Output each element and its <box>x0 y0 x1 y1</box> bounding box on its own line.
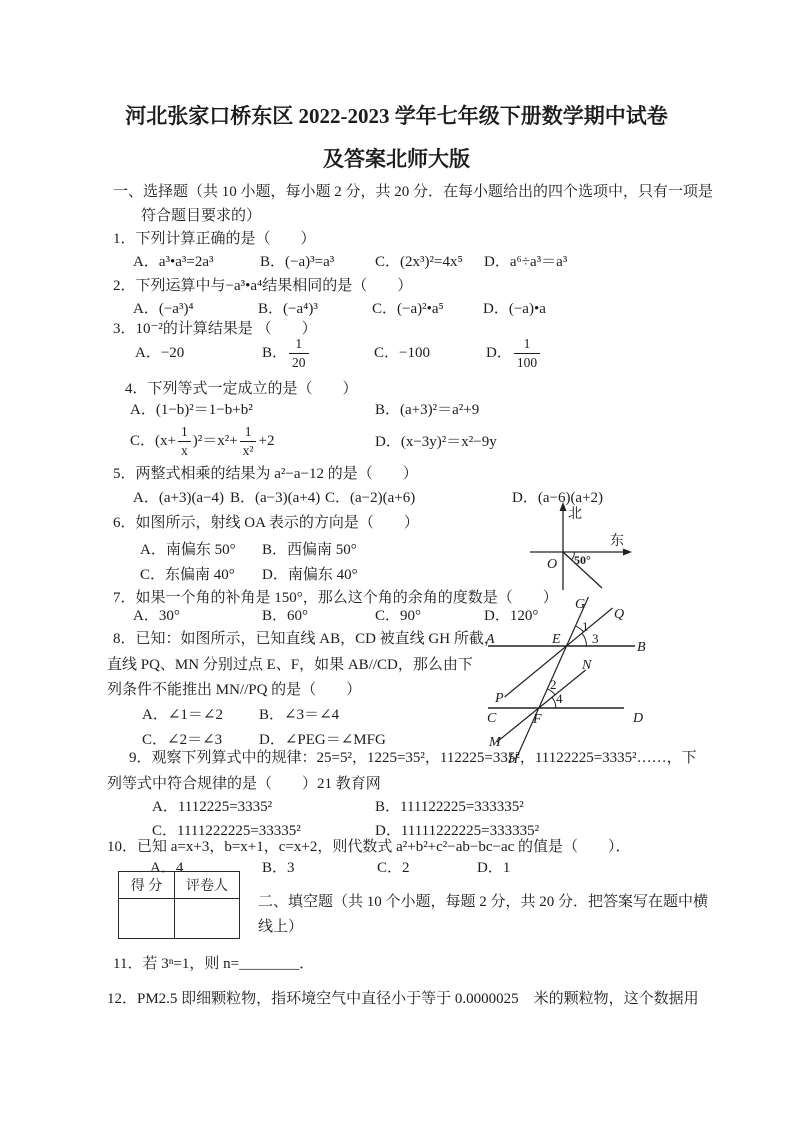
angle-4-label: 4 <box>556 691 563 706</box>
question-1-text: 1．下列计算正确的是（ ） <box>113 229 316 249</box>
fraction: 1 x² <box>240 425 257 457</box>
fraction-numerator: 1 <box>178 425 191 441</box>
question-8-line1: 8．已知：如图所示，已知直线 AB，CD 被直线 GH 所截， <box>113 629 499 649</box>
question-3-option-b: B． 1 20 <box>262 333 311 373</box>
question-10-option-c: C．2 <box>377 858 410 878</box>
fraction: 1 x <box>178 425 191 457</box>
question-4-option-a: A．(1−b)²＝1−b+b² <box>130 400 253 420</box>
question-3-option-c: C．−100 <box>374 343 430 363</box>
question-8-line3: 列条件不能推出 MN//PQ 的是（ ） <box>107 680 361 700</box>
question-7-option-a: A．30° <box>133 606 180 626</box>
question-8-option-c: C．∠2＝∠3 <box>142 730 222 750</box>
question-4-option-c: C．(x+ 1 x )²＝x²+ 1 x² +2 <box>130 418 274 464</box>
question-9-line2: 列等式中符合规律的是（ ）21 教育网 <box>107 774 381 794</box>
point-q-label: Q <box>614 607 624 622</box>
fraction-numerator: 1 <box>521 337 534 353</box>
fraction: 1 100 <box>514 337 540 369</box>
question-4-option-d: D．(x−3y)²＝x²−9y <box>375 432 497 452</box>
question-10-text: 10．已知 a=x+3，b=x+1，c=x+2，则代数式 a²+b²+c²−ab… <box>107 837 631 857</box>
point-g-label: G <box>575 597 585 612</box>
angle-3-label: 3 <box>592 631 599 646</box>
question-2-option-d: D．(−a)•a <box>483 299 546 319</box>
fraction-denominator: x² <box>240 441 257 458</box>
line-pq <box>505 608 613 697</box>
question-12-text: 12．PM2.5 即细颗粒物，指环境空气中直径小于等于 0.0000025 米的… <box>107 989 699 1009</box>
angle-50-label: 50° <box>574 553 591 567</box>
score-table-header-score: 得 分 <box>119 872 175 899</box>
question-1-option-a: A．a³•a³=2a³ <box>133 252 214 272</box>
question-4-text: 4．下列等式一定成立的是（ ） <box>125 379 358 399</box>
question-2-option-c: C．(−a)²•a⁵ <box>372 299 444 319</box>
question-11-text: 11．若 3ⁿ=1，则 n=________． <box>113 954 314 974</box>
score-table-header-grader: 评卷人 <box>175 872 240 899</box>
question-3-option-a: A．−20 <box>135 343 184 363</box>
origin-label: O <box>547 557 557 572</box>
exam-title-line1: 河北张家口桥东区 2022-2023 学年七年级下册数学期中试卷 <box>0 103 793 129</box>
question-5-option-b: B．(a−3)(a+4) <box>230 488 320 508</box>
point-e-label: E <box>551 632 561 647</box>
section2-heading-line1: 二、填空题（共 10 个小题，每题 2 分，共 20 分．把答案写在题中横 <box>258 892 708 912</box>
point-a-label: A <box>485 632 495 647</box>
question-1-option-c: C．(2x³)²=4x⁵ <box>375 252 463 272</box>
fraction-denominator: x <box>178 441 191 458</box>
question-7-option-b: B．60° <box>262 606 308 626</box>
question-5-text: 5．两整式相乘的结果为 a²−a−12 的是（ ） <box>113 464 418 484</box>
option-b-label: B． <box>262 343 287 363</box>
question-5-option-a: A．(a+3)(a−4) <box>133 488 224 508</box>
section2-heading-line2: 线上） <box>258 917 303 937</box>
expression-part: )²＝x²+ <box>193 431 238 451</box>
angle-3-arc <box>582 633 587 646</box>
question-8-line2: 直线 PQ、MN 分别过点 E、F，如果 AB//CD，那么由下 <box>107 655 473 675</box>
question-3-option-d: D． 1 100 <box>486 333 542 373</box>
question-6-text: 6．如图所示，射线 OA 表示的方向是（ ） <box>113 513 419 533</box>
question-1-option-d: D．a⁶÷a³＝a³ <box>484 252 567 272</box>
section1-heading-line1: 一、选择题（共 10 小题，每小题 2 分，共 20 分．在每小题给出的四个选项… <box>113 182 713 202</box>
question-2-option-b: B．(−a⁴)³ <box>258 299 318 319</box>
question-9-option-b: B．111122225=333335² <box>375 797 524 817</box>
east-arrow-icon <box>623 549 632 556</box>
score-table: 得 分 评卷人 <box>118 871 240 939</box>
expression-part: +2 <box>258 431 274 451</box>
question-6-option-d: D．南偏东 40° <box>262 565 358 585</box>
section1-heading-line2: 符合题目要求的） <box>141 206 261 226</box>
point-d-label: D <box>632 711 643 726</box>
question-5-option-c: C．(a−2)(a+6) <box>325 488 415 508</box>
question-8-option-d: D．∠PEG＝∠MFG <box>259 730 386 750</box>
fraction-denominator: 20 <box>289 353 309 370</box>
point-f-label: F <box>532 712 542 727</box>
question-7-option-c: C．90° <box>375 606 421 626</box>
point-c-label: C <box>487 711 497 726</box>
score-table-cell-score <box>119 899 175 939</box>
expression-part: C．(x+ <box>130 431 176 451</box>
point-b-label: B <box>637 640 646 655</box>
question-1-option-b: B．(−a)³=a³ <box>260 252 334 272</box>
line-mn <box>497 670 586 742</box>
figure-compass-direction: 北 东 O 50° <box>528 502 665 594</box>
north-arrow-icon <box>560 502 567 511</box>
point-n-label: N <box>581 658 592 673</box>
north-label: 北 <box>568 506 582 522</box>
exam-page: 河北张家口桥东区 2022-2023 学年七年级下册数学期中试卷 及答案北师大版… <box>0 0 793 1122</box>
question-6-option-b: B．西偏南 50° <box>262 540 357 560</box>
fraction: 1 20 <box>289 337 309 369</box>
exam-title-line2: 及答案北师大版 <box>0 146 793 172</box>
point-p-label: P <box>494 691 504 706</box>
question-6-option-c: C．东偏南 40° <box>140 565 235 585</box>
option-d-label: D． <box>486 343 512 363</box>
question-10-option-b: B．3 <box>262 858 295 878</box>
figure-parallel-lines-transversal: G Q A E B N P C F D M H 1 3 2 4 <box>483 592 713 768</box>
angle-2-label: 2 <box>550 677 557 692</box>
question-8-option-a: A．∠1＝∠2 <box>142 705 223 725</box>
question-6-option-a: A．南偏东 50° <box>140 540 236 560</box>
question-4-option-b: B．(a+3)²＝a²+9 <box>375 400 479 420</box>
question-2-option-a: A．(−a³)⁴ <box>133 299 194 319</box>
question-10-option-d: D．1 <box>477 858 510 878</box>
question-8-option-b: B．∠3＝∠4 <box>259 705 339 725</box>
fraction-denominator: 100 <box>514 353 540 370</box>
fraction-numerator: 1 <box>292 337 305 353</box>
score-table-cell-grader <box>175 899 240 939</box>
angle-1-label: 1 <box>582 619 589 634</box>
east-label: 东 <box>610 533 624 549</box>
question-2-text: 2．下列运算中与−a³•a⁴结果相同的是（ ） <box>113 276 412 296</box>
question-9-option-a: A．1112225=3335² <box>152 797 272 817</box>
fraction-numerator: 1 <box>242 425 255 441</box>
question-9-line1: 9．观察下列算式中的规律：25=5²，1225=35²，112225=335²，… <box>129 748 697 768</box>
